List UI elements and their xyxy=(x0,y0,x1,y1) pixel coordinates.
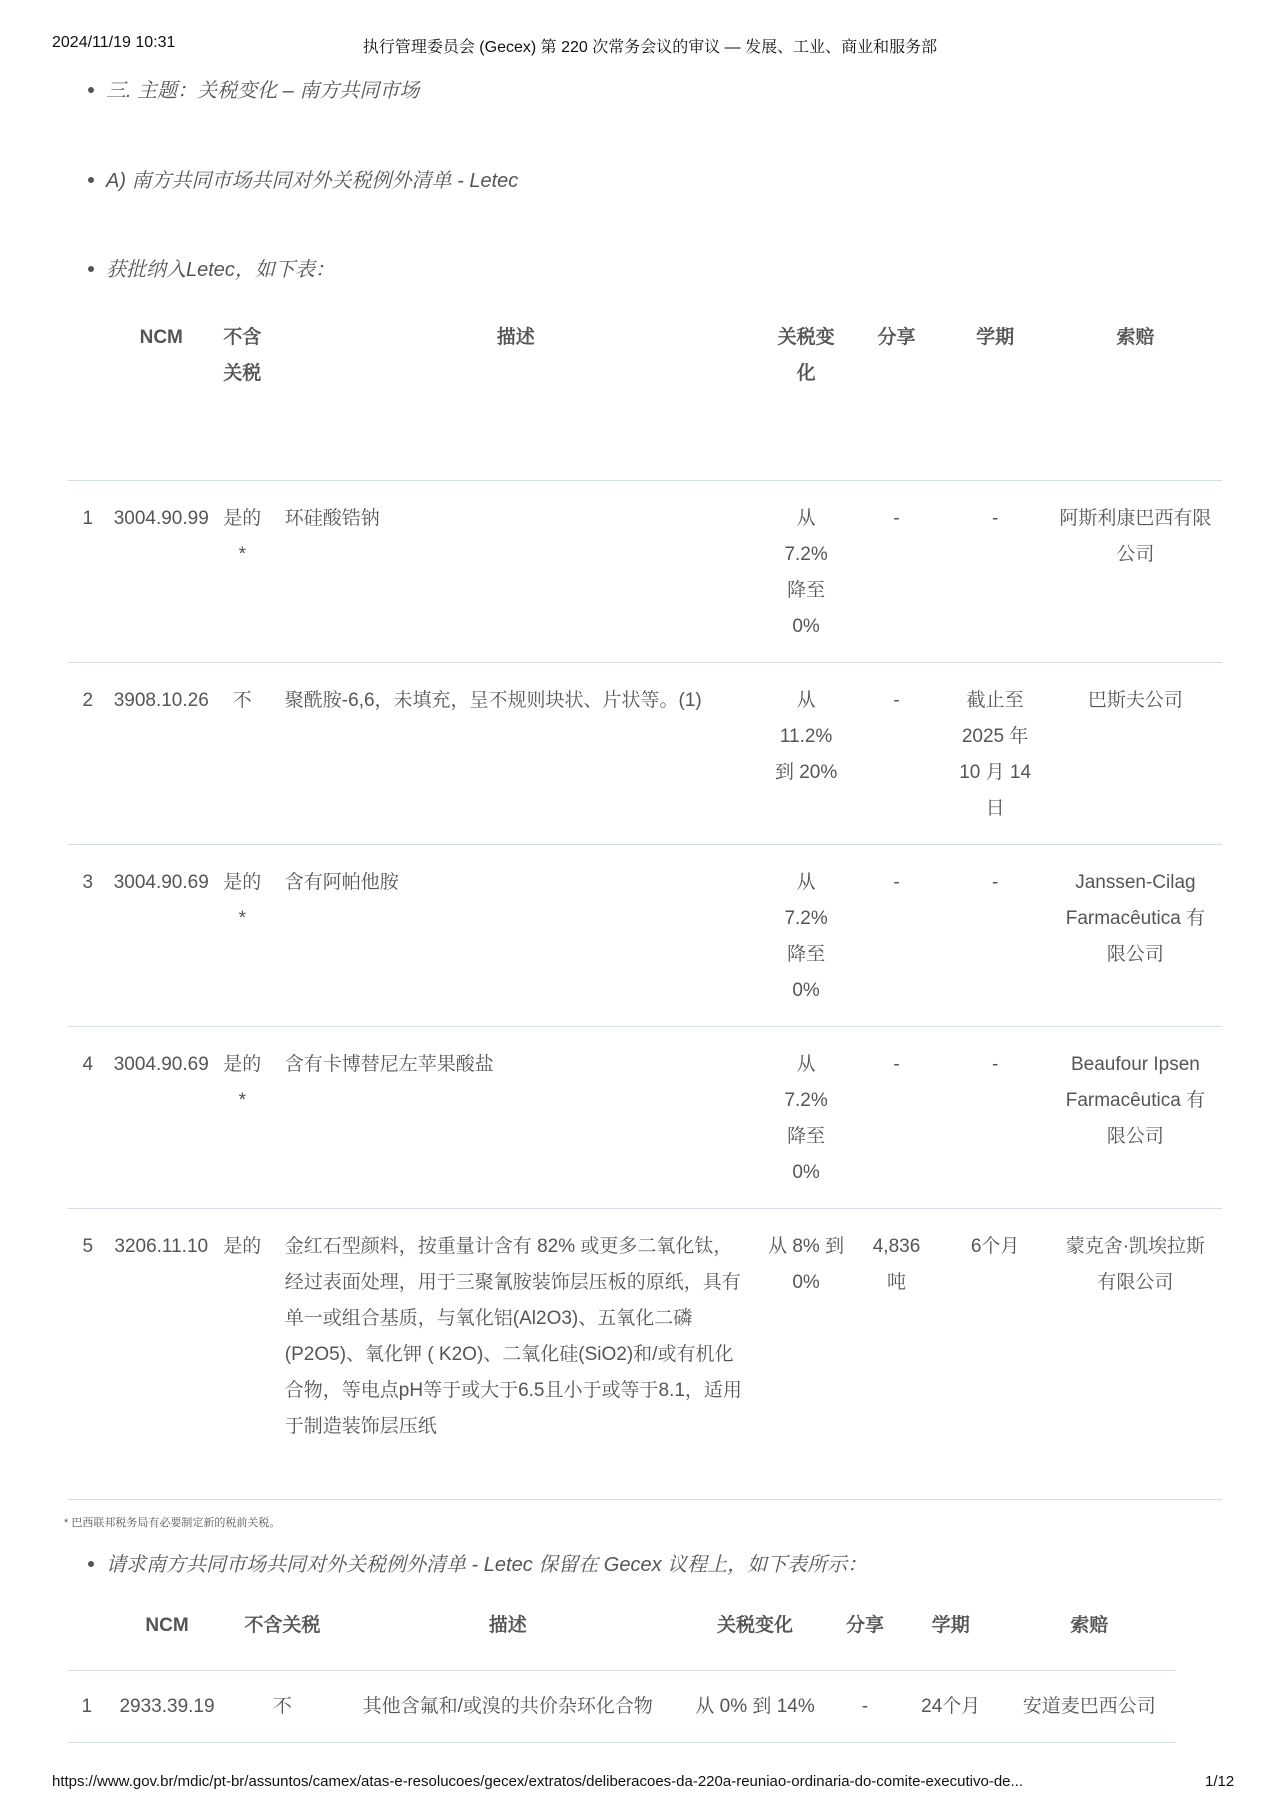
col-claimant: 索赔 xyxy=(1049,310,1222,480)
bullet-icon xyxy=(88,266,94,272)
col-ncm: NCM xyxy=(109,310,214,480)
ncm-code: 3908.10.26 xyxy=(109,662,214,844)
ncm-code: 3004.90.99 xyxy=(109,480,214,662)
approved-intro: 获批纳入Letec，如下表： xyxy=(88,253,335,282)
table-row: 3 3004.90.69 是的* 含有阿帕他胺 从 7.2% 降至 0% - -… xyxy=(67,844,1222,1026)
col-tariff-change: 关税变化 xyxy=(678,1600,832,1670)
col-description: 描述 xyxy=(271,310,761,480)
ncm-code: 3004.90.69 xyxy=(109,1026,214,1208)
table-row: 1 2933.39.19 不 其他含氟和/或溴的共价杂环化合物 从 0% 到 1… xyxy=(67,1670,1175,1742)
col-ncm: NCM xyxy=(107,1600,228,1670)
source-url: https://www.gov.br/mdic/pt-br/assuntos/c… xyxy=(52,1773,1023,1790)
col-index xyxy=(67,310,109,480)
col-index xyxy=(67,1600,107,1670)
col-ex-tariff: 不含关税 xyxy=(214,310,271,480)
pending-intro: 请求南方共同市场共同对外关税例外清单 - Letec 保留在 Gecex 议程上… xyxy=(88,1548,867,1577)
bullet-icon xyxy=(88,87,94,93)
bullet-icon xyxy=(88,177,94,183)
subsection-heading: A) 南方共同市场共同对外关税例外清单 - Letec xyxy=(88,164,518,193)
ncm-code: 2933.39.19 xyxy=(107,1670,228,1742)
pending-letec-table: NCM 不含关税 描述 关税变化 分享 学期 索赔 1 2933.39.19 不… xyxy=(67,1600,1175,1743)
bullet-icon xyxy=(88,1561,94,1567)
table-header-row: NCM 不含关税 描述 关税变化 分享 学期 索赔 xyxy=(67,1600,1175,1670)
col-term: 学期 xyxy=(941,310,1048,480)
table-row: 5 3206.11.10 是的 金红石型颜料，按重量计含有 82% 或更多二氧化… xyxy=(67,1208,1222,1499)
page-number: 1/12 xyxy=(1205,1773,1234,1790)
col-quota: 分享 xyxy=(832,1600,898,1670)
col-description: 描述 xyxy=(337,1600,678,1670)
print-header: 2024/11/19 10:31 执行管理委员会 (Gecex) 第 220 次… xyxy=(0,34,1280,56)
table-row: 4 3004.90.69 是的* 含有卡博替尼左苹果酸盐 从 7.2% 降至 0… xyxy=(67,1026,1222,1208)
table-header-row: NCM 不含关税 描述 关税变化 分享 学期 索赔 xyxy=(67,310,1222,480)
approved-letec-table: NCM 不含关税 描述 关税变化 分享 学期 索赔 1 3004.90.99 是… xyxy=(67,310,1222,1500)
table-row: 2 3908.10.26 不 聚酰胺-6,6，未填充，呈不规则块状、片状等。(1… xyxy=(67,662,1222,844)
table-row: 1 3004.90.99 是的* 环硅酸锆钠 从 7.2% 降至 0% - - … xyxy=(67,480,1222,662)
col-quota: 分享 xyxy=(852,310,942,480)
footnote: * 巴西联邦税务局有必要制定新的税前关税。 xyxy=(64,1514,280,1530)
ncm-code: 3206.11.10 xyxy=(109,1208,214,1499)
print-title: 执行管理委员会 (Gecex) 第 220 次常务会议的审议 — 发展、工业、商… xyxy=(0,34,1280,57)
col-claimant: 索赔 xyxy=(1003,1600,1175,1670)
col-tariff-change: 关税变化 xyxy=(761,310,852,480)
section-heading: 三. 主题：关税变化 – 南方共同市场 xyxy=(88,74,419,103)
col-term: 学期 xyxy=(898,1600,1004,1670)
ncm-code: 3004.90.69 xyxy=(109,844,214,1026)
col-ex-tariff: 不含关税 xyxy=(227,1600,337,1670)
